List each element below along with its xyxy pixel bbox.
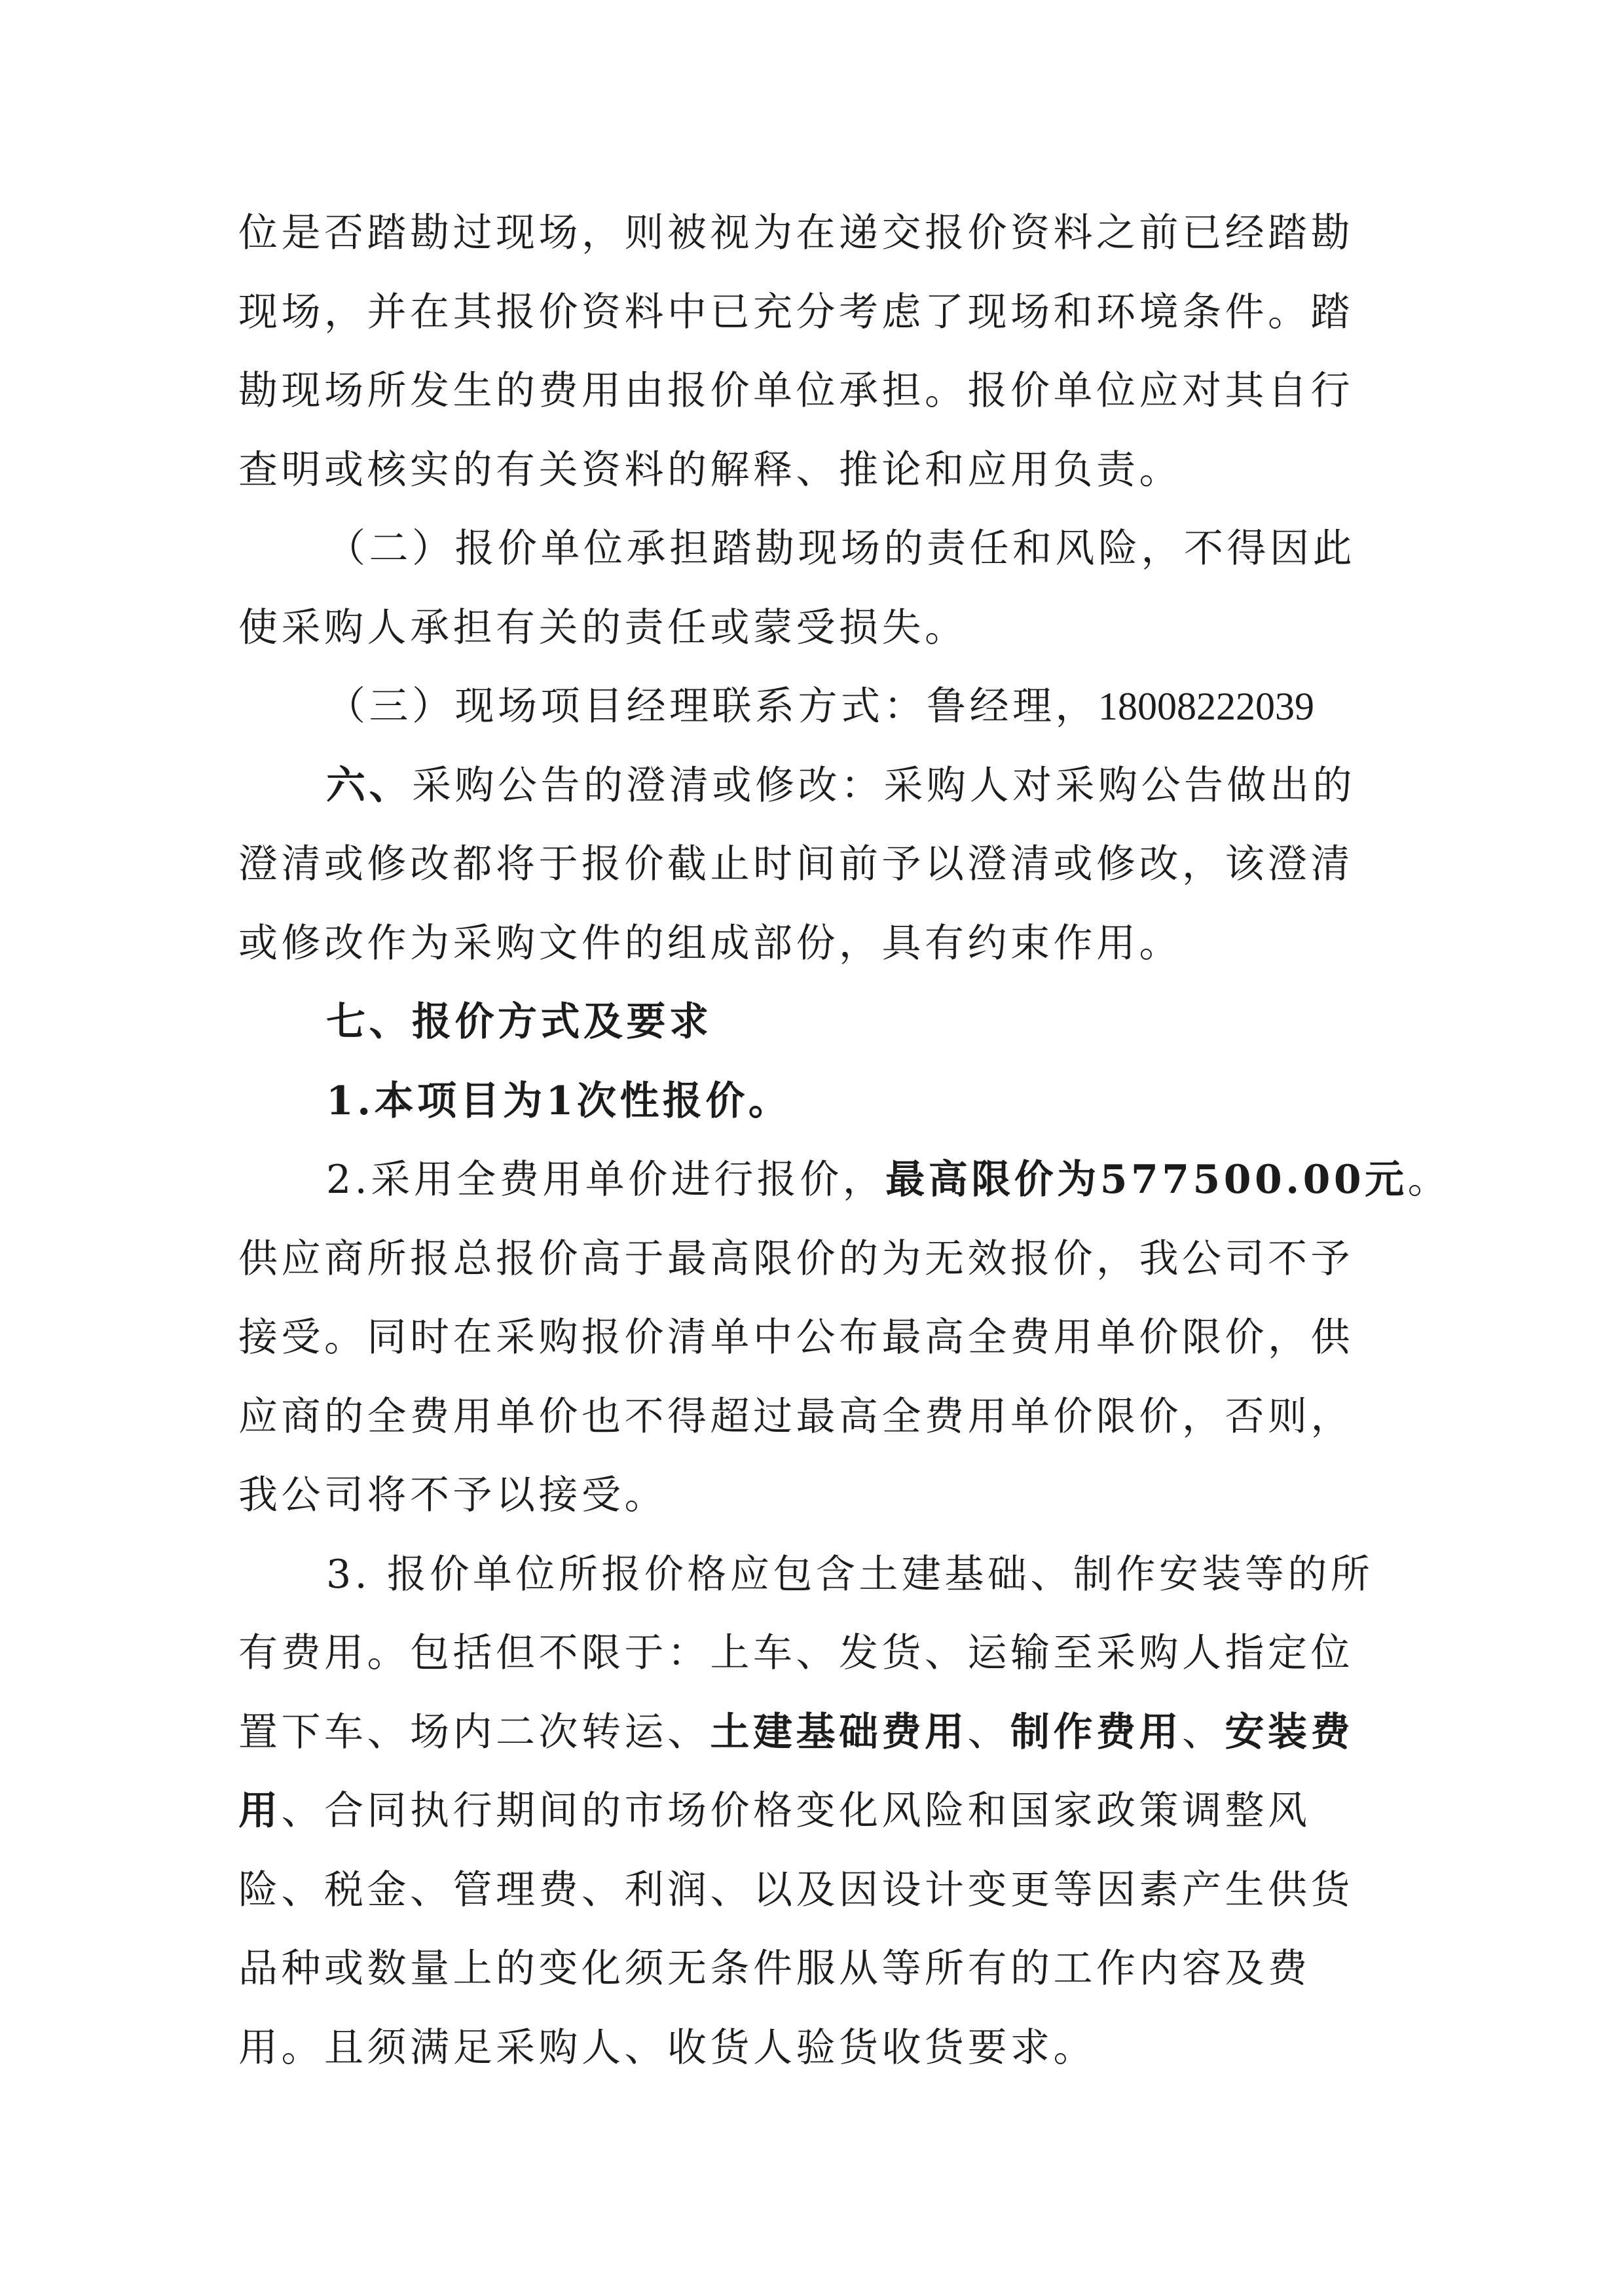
- max-price-limit: 最高限价为577500.00元: [885, 1157, 1407, 1203]
- section-7-point-2-line-2: 供应商所报总报价高于最高限价的为无效报价，我公司不予: [238, 1220, 1365, 1299]
- section-6-text: 采购公告的澄清或修改：采购人对采购公告做出的: [412, 763, 1356, 809]
- section-6-line-2: 澄清或修改都将于报价截止时间前予以澄清或修改，该澄清: [238, 825, 1365, 904]
- section-7-point-3-line-5: 险、税金、管理费、利润、以及因设计变更等因素产生供货: [238, 1851, 1365, 1930]
- point-2-suffix: 。: [1408, 1157, 1451, 1203]
- section-7-point-2-line-1: 2.采用全费用单价进行报价，最高限价为577500.00元。: [238, 1140, 1365, 1220]
- section-7-point-3-line-3: 置下车、场内二次转运、土建基础费用、制作费用、安装费: [238, 1693, 1365, 1772]
- civil-foundation-cost: 土建基础费用: [710, 1709, 968, 1755]
- section-7-point-3-line-7: 用。且须满足采购人、收货人验货收货要求。: [238, 2009, 1365, 2088]
- section-6-line-1: 六、采购公告的澄清或修改：采购人对采购公告做出的: [238, 746, 1365, 826]
- item-3-contact: （三）现场项目经理联系方式：鲁经理，18008222039: [238, 667, 1365, 746]
- point-3-prefix: 置下车、场内二次转运、: [238, 1709, 710, 1755]
- section-6-line-3: 或修改作为采购文件的组成部份，具有约束作用。: [238, 904, 1365, 983]
- section-7-point-3-line-4: 用、合同执行期间的市场价格变化风险和国家政策调整风: [238, 1772, 1365, 1851]
- point-3-line-4-text: 、合同执行期间的市场价格变化风险和国家政策调整风: [282, 1788, 1311, 1834]
- separator: 、: [968, 1709, 1011, 1755]
- section-7-point-2-line-4: 应商的全费用单价也不得超过最高全费用单价限价，否则，: [238, 1377, 1365, 1457]
- separator: 、: [1182, 1709, 1225, 1755]
- paragraph-line: 位是否踏勘过现场，则被视为在递交报价资料之前已经踏勘: [238, 194, 1365, 273]
- section-6-heading: 六、: [326, 763, 412, 809]
- item-2-line-1: （二）报价单位承担踏勘现场的责任和风险，不得因此: [238, 509, 1365, 589]
- item-2-line-2: 使采购人承担有关的责任或蒙受损失。: [238, 589, 1365, 668]
- point-2-prefix: 2.采用全费用单价进行报价，: [326, 1157, 885, 1203]
- section-7-point-2-line-3: 接受。同时在采购报价清单中公布最高全费用单价限价，供: [238, 1298, 1365, 1377]
- section-7-point-3-line-6: 品种或数量上的变化须无条件服从等所有的工作内容及费: [238, 1929, 1365, 2009]
- paragraph-line: 现场，并在其报价资料中已充分考虑了现场和环境条件。踏: [238, 273, 1365, 352]
- section-7-point-2-line-5: 我公司将不予以接受。: [238, 1456, 1365, 1535]
- installation-cost-part-1: 安装费: [1225, 1709, 1354, 1755]
- section-7-point-3-line-1: 3. 报价单位所报价格应包含土建基础、制作安装等的所: [238, 1535, 1365, 1614]
- installation-cost-part-2: 用: [238, 1788, 282, 1834]
- paragraph-line: 查明或核实的有关资料的解释、推论和应用负责。: [238, 431, 1365, 510]
- section-7-point-1: 1.本项目为1次性报价。: [238, 1062, 1365, 1141]
- contact-label: （三）现场项目经理联系方式：鲁经理，: [326, 683, 1098, 729]
- section-7-heading: 七、报价方式及要求: [238, 983, 1365, 1062]
- document-page: 位是否踏勘过现场，则被视为在递交报价资料之前已经踏勘 现场，并在其报价资料中已充…: [238, 194, 1365, 2087]
- contact-phone: 18008222039: [1098, 685, 1314, 728]
- fabrication-cost: 制作费用: [1010, 1709, 1182, 1755]
- section-7-point-3-line-2: 有费用。包括但不限于：上车、发货、运输至采购人指定位: [238, 1614, 1365, 1693]
- paragraph-line: 勘现场所发生的费用由报价单位承担。报价单位应对其自行: [238, 352, 1365, 431]
